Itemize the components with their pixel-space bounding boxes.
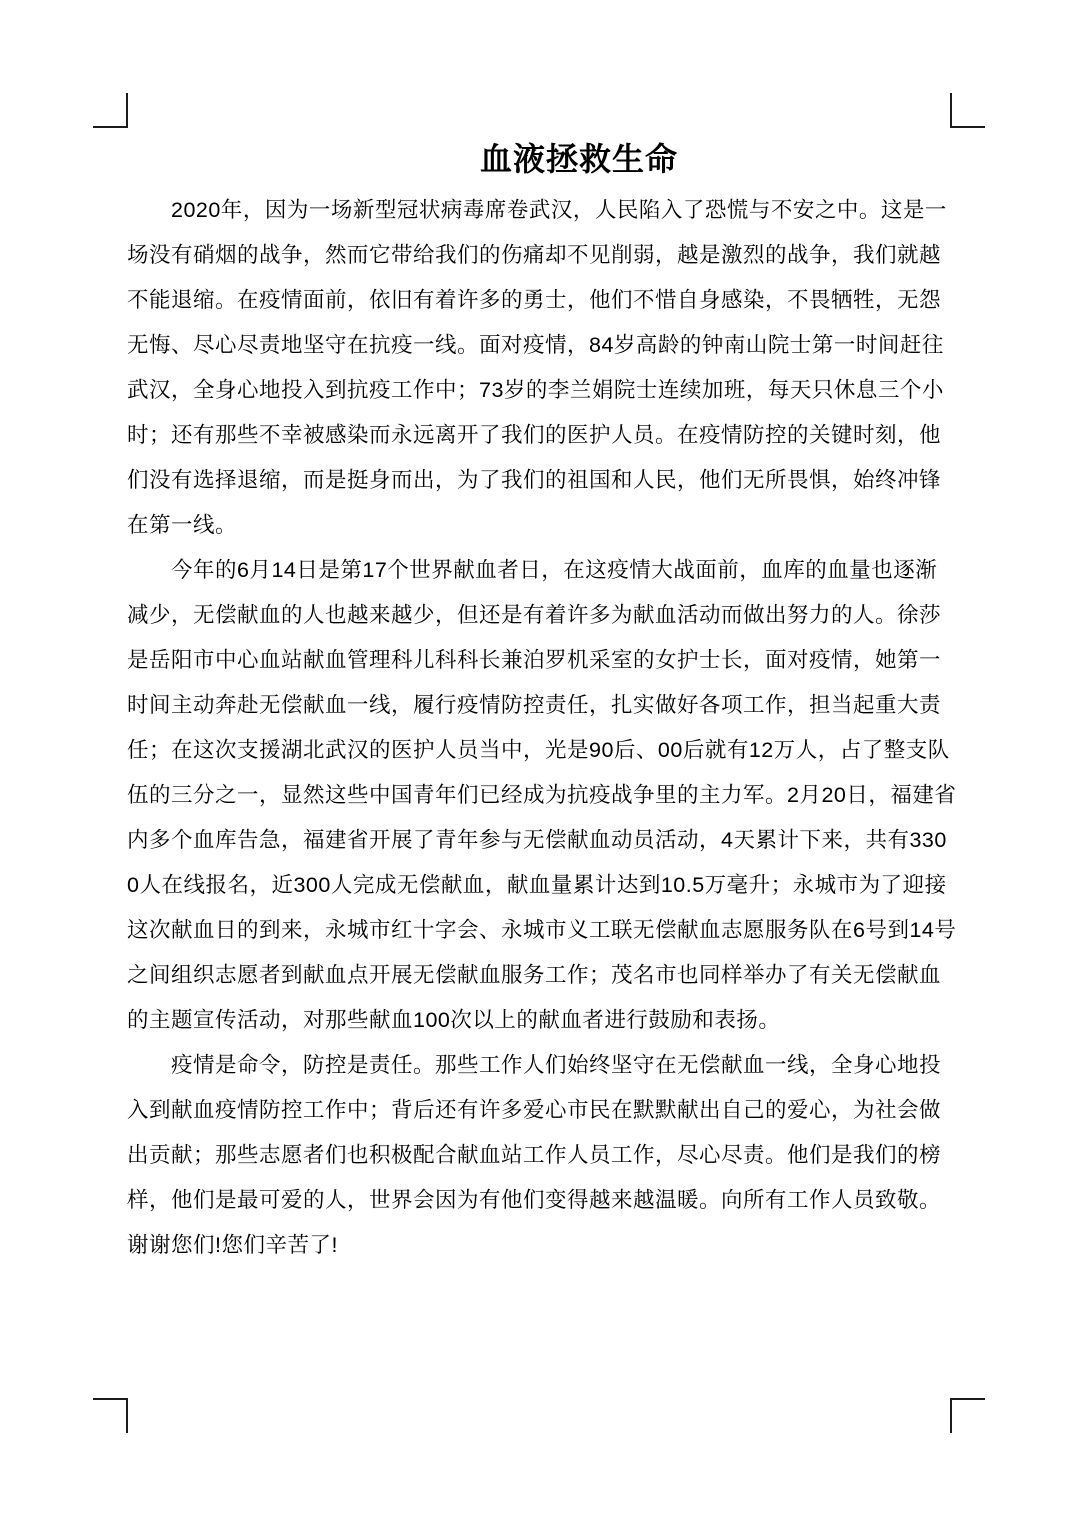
crop-mark-top-left — [93, 93, 128, 128]
document-page: 血液拯救生命 2020年，因为一场新型冠状病毒席卷武汉，人民陷入了恐慌与不安之中… — [0, 0, 1080, 1527]
text-line: 减少，无偿献血的人也越来越少，但还是有着许多为献血活动而做出努力的人。徐莎 — [127, 593, 1007, 638]
text-line: 入到献血疫情防控工作中；背后还有许多爱心市民在默默献出自己的爱心，为社会做 — [127, 1088, 1007, 1133]
document-body: 2020年，因为一场新型冠状病毒席卷武汉，人民陷入了恐慌与不安之中。这是一场没有… — [127, 188, 1007, 1268]
text-line: 无悔、尽心尽责地坚守在抗疫一线。面对疫情，84岁高龄的钟南山院士第一时间赶往 — [127, 323, 1007, 368]
text-line: 是岳阳市中心血站献血管理科儿科科长兼泊罗机采室的女护士长，面对疫情，她第一 — [127, 638, 1007, 683]
text-line: 出贡献；那些志愿者们也积极配合献血站工作人员工作，尽心尽责。他们是我们的榜 — [127, 1133, 1007, 1178]
document-title: 血液拯救生命 — [127, 134, 985, 180]
text-line: 这次献血日的到来，永城市红十字会、永城市义工联无偿献血志愿服务队在6号到14号 — [127, 908, 1007, 953]
text-line: 内多个血库告急，福建省开展了青年参与无偿献血动员活动，4天累计下来，共有330 — [127, 818, 1007, 863]
paragraph: 今年的6月14日是第17个世界献血者日，在这疫情大战面前，血库的血量也逐渐减少，… — [127, 548, 1007, 1043]
text-line: 伍的三分之一，显然这些中国青年们已经成为抗疫战争里的主力军。2月20日，福建省 — [127, 773, 1007, 818]
text-line: 时间主动奔赴无偿献血一线，履行疫情防控责任，扎实做好各项工作，担当起重大责 — [127, 683, 1007, 728]
crop-mark-bottom-left — [93, 1398, 128, 1433]
text-line: 2020年，因为一场新型冠状病毒席卷武汉，人民陷入了恐慌与不安之中。这是一 — [127, 188, 1007, 233]
text-line: 今年的6月14日是第17个世界献血者日，在这疫情大战面前，血库的血量也逐渐 — [127, 548, 1007, 593]
text-line: 武汉，全身心地投入到抗疫工作中；73岁的李兰娟院士连续加班，每天只休息三个小 — [127, 368, 1007, 413]
crop-mark-top-right — [950, 93, 985, 128]
crop-mark-bottom-right — [950, 1398, 985, 1433]
paragraph: 疫情是命令，防控是责任。那些工作人们始终坚守在无偿献血一线，全身心地投入到献血疫… — [127, 1043, 1007, 1268]
text-line: 之间组织志愿者到献血点开展无偿献血服务工作；茂名市也同样举办了有关无偿献血 — [127, 953, 1007, 998]
text-line: 样，他们是最可爱的人，世界会因为有他们变得越来越温暖。向所有工作人员致敬。 — [127, 1178, 1007, 1223]
text-line: 不能退缩。在疫情面前，依旧有着许多的勇士，他们不惜自身感染，不畏牺牲，无怨 — [127, 278, 1007, 323]
text-line: 0人在线报名，近300人完成无偿献血，献血量累计达到10.5万毫升；永城市为了迎… — [127, 863, 1007, 908]
text-line: 时；还有那些不幸被感染而永远离开了我们的医护人员。在疫情防控的关键时刻，他 — [127, 413, 1007, 458]
text-line: 在第一线。 — [127, 503, 1007, 548]
text-line: 任；在这次支援湖北武汉的医护人员当中，光是90后、00后就有12万人，占了整支队 — [127, 728, 1007, 773]
text-line: 的主题宣传活动，对那些献血100次以上的献血者进行鼓励和表扬。 — [127, 998, 1007, 1043]
paragraph: 2020年，因为一场新型冠状病毒席卷武汉，人民陷入了恐慌与不安之中。这是一场没有… — [127, 188, 1007, 548]
text-line: 们没有选择退缩，而是挺身而出，为了我们的祖国和人民，他们无所畏惧，始终冲锋 — [127, 458, 1007, 503]
text-line: 场没有硝烟的战争，然而它带给我们的伤痛却不见削弱，越是激烈的战争，我们就越 — [127, 233, 1007, 278]
text-line: 谢谢您们!您们辛苦了! — [127, 1223, 1007, 1268]
text-line: 疫情是命令，防控是责任。那些工作人们始终坚守在无偿献血一线，全身心地投 — [127, 1043, 1007, 1088]
